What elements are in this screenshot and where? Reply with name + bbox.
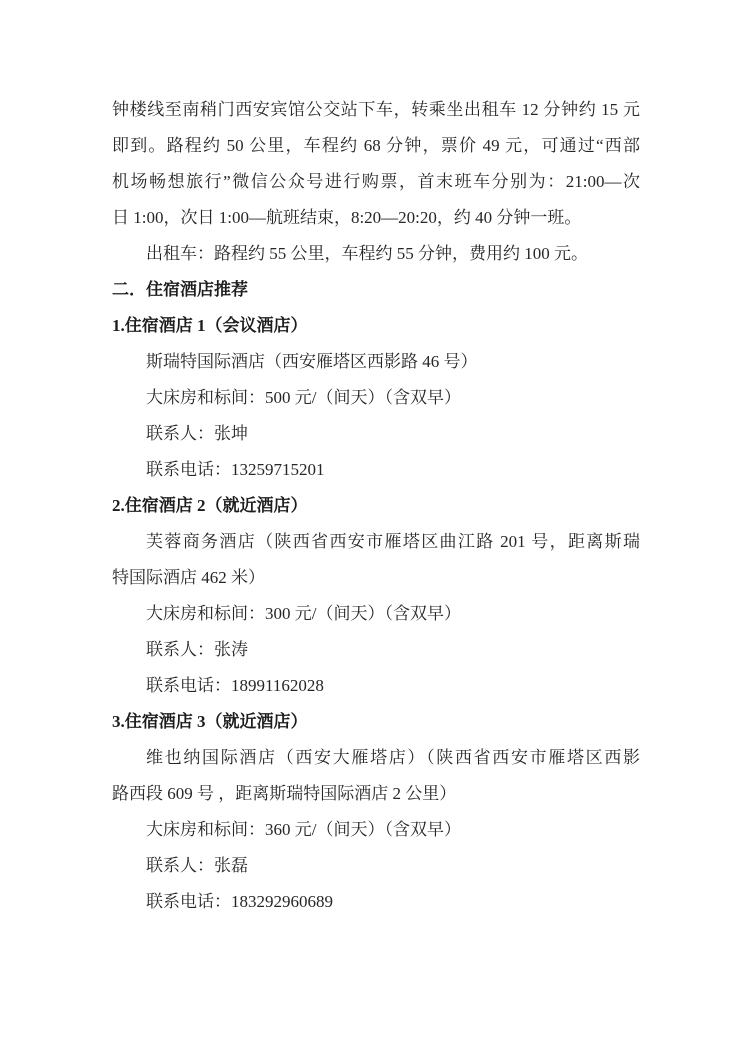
hotel-price: 大床房和标间：360 元/（间天）（含双早） [112, 812, 640, 848]
paragraph-line: 机场畅想旅行”微信公众号进行购票，首末班车分别为：21:00—次 [112, 164, 640, 200]
hotel-1-block: 1.住宿酒店 1（会议酒店） 斯瑞特国际酒店（西安雁塔区西影路 46 号） 大床… [112, 308, 640, 488]
hotel-phone: 联系电话：183292960689 [112, 884, 640, 920]
hotel-price: 大床房和标间：500 元/（间天）（含双早） [112, 380, 640, 416]
hotel-heading: 1.住宿酒店 1（会议酒店） [112, 308, 640, 344]
hotel-price: 大床房和标间：300 元/（间天）（含双早） [112, 596, 640, 632]
transport-taxi-paragraph: 出租车：路程约 55 公里，车程约 55 分钟，费用约 100 元。 [112, 236, 640, 272]
hotel-phone: 联系电话：13259715201 [112, 452, 640, 488]
hotel-heading: 3.住宿酒店 3（就近酒店） [112, 704, 640, 740]
hotel-2-block: 2.住宿酒店 2（就近酒店） 芙蓉商务酒店（陕西省西安市雁塔区曲江路 201 号… [112, 488, 640, 704]
hotels-section-heading: 二．住宿酒店推荐 [112, 272, 640, 308]
hotel-contact: 联系人：张坤 [112, 416, 640, 452]
transport-bus-paragraph: 钟楼线至南稍门西安宾馆公交站下车，转乘坐出租车 12 分钟约 15 元 即到。路… [112, 92, 640, 236]
hotel-name-address: 斯瑞特国际酒店（西安雁塔区西影路 46 号） [112, 344, 640, 380]
hotel-name-address: 芙蓉商务酒店（陕西省西安市雁塔区曲江路 201 号，距离斯瑞 [112, 524, 640, 560]
document-page: 钟楼线至南稍门西安宾馆公交站下车，转乘坐出租车 12 分钟约 15 元 即到。路… [112, 92, 640, 920]
hotel-name-address: 路西段 609 号 ，距离斯瑞特国际酒店 2 公里） [112, 776, 640, 812]
hotel-contact: 联系人：张磊 [112, 848, 640, 884]
hotel-heading: 2.住宿酒店 2（就近酒店） [112, 488, 640, 524]
paragraph-line: 日 1:00，次日 1:00—航班结束，8:20—20:20，约 40 分钟一班… [112, 200, 640, 236]
hotel-3-block: 3.住宿酒店 3（就近酒店） 维也纳国际酒店（西安大雁塔店）（陕西省西安市雁塔区… [112, 704, 640, 920]
hotel-name-address: 维也纳国际酒店（西安大雁塔店）（陕西省西安市雁塔区西影 [112, 740, 640, 776]
paragraph-line: 钟楼线至南稍门西安宾馆公交站下车，转乘坐出租车 12 分钟约 15 元 [112, 92, 640, 128]
hotel-phone: 联系电话：18991162028 [112, 668, 640, 704]
hotel-name-address: 特国际酒店 462 米） [112, 560, 640, 596]
hotel-contact: 联系人：张涛 [112, 632, 640, 668]
paragraph-line: 即到。路程约 50 公里，车程约 68 分钟，票价 49 元，可通过“西部 [112, 128, 640, 164]
